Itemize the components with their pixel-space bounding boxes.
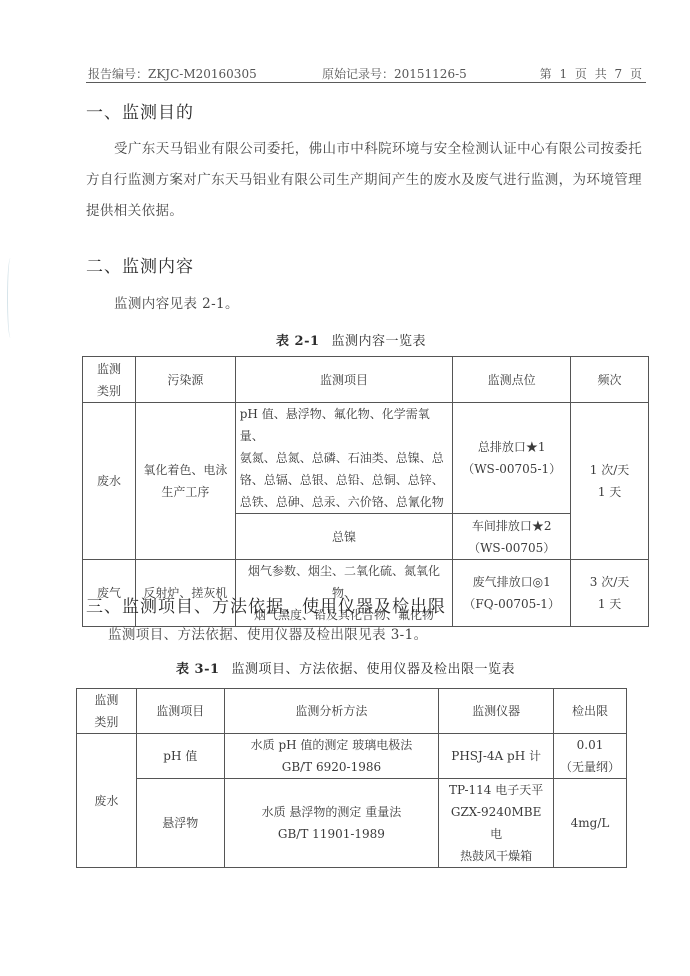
point-cell: 总排放口★1（WS-00705-1）	[453, 403, 571, 514]
point-cell: 废气排放口◎1（FQ-00705-1）	[453, 560, 571, 627]
table-title: 监测内容一览表	[332, 334, 427, 349]
table-title: 监测项目、方法依据、使用仪器及检出限一览表	[232, 662, 516, 677]
section-title-methods: 三、监测项目、方法依据、使用仪器及检出限	[86, 592, 446, 617]
method-cell: 水质 悬浮物的测定 重量法GB/T 11901-1989	[224, 779, 439, 868]
header-category: 监测类别	[83, 357, 136, 403]
point-cell: 车间排放口★2（WS-00705）	[453, 514, 571, 560]
record-number: 原始记录号：20151126-5	[322, 65, 467, 82]
frequency-cell: 1 次/天1 天	[571, 403, 649, 560]
section-title-content: 二、监测内容	[86, 252, 194, 277]
table-row: 废水 氧化着色、电泳生产工序 pH 值、悬浮物、氟化物、化学需氧量、 氨氮、总氮…	[83, 403, 649, 514]
item-cell: pH 值	[136, 734, 224, 779]
items-cell: pH 值、悬浮物、氟化物、化学需氧量、 氨氮、总氮、总磷、石油类、总镍、总 铬、…	[235, 403, 453, 514]
page-header: 报告编号：ZKJC-M20160305 原始记录号：20151126-5 第 1…	[86, 62, 646, 83]
table-header-row: 监测类别 监测项目 监测分析方法 监测仪器 检出限	[77, 689, 627, 734]
header-items: 监测项目	[235, 357, 453, 403]
page-indicator: 第 1 页 共 7 页	[540, 65, 644, 82]
header-item: 监测项目	[136, 689, 224, 734]
purpose-text: 受广东天马铝业有限公司委托，佛山市中科院环境与安全检测认证中心有限公司按委托方自…	[86, 141, 642, 219]
source-cell: 氧化着色、电泳生产工序	[135, 403, 235, 560]
header-limit: 检出限	[554, 689, 627, 734]
instrument-cell: PHSJ-4A pH 计	[439, 734, 554, 779]
report-number: 报告编号：ZKJC-M20160305	[88, 65, 257, 82]
table-row: 悬浮物 水质 悬浮物的测定 重量法GB/T 11901-1989 TP-114 …	[77, 779, 627, 868]
method-cell: 水质 pH 值的测定 玻璃电极法GB/T 6920-1986	[224, 734, 439, 779]
category-cell: 废水	[83, 403, 136, 560]
limit-cell: 0.01（无量纲）	[554, 734, 627, 779]
scan-artifact	[7, 258, 14, 338]
frequency-cell: 3 次/天1 天	[571, 560, 649, 627]
content-paragraph: 监测内容见表 2-1。	[86, 289, 644, 320]
table-header-row: 监测类别 污染源 监测项目 监测点位 频次	[83, 357, 649, 403]
table-2-1-caption: 表 2-1监测内容一览表	[276, 330, 426, 349]
table-row: 废水 pH 值 水质 pH 值的测定 玻璃电极法GB/T 6920-1986 P…	[77, 734, 627, 779]
item-cell: 悬浮物	[136, 779, 224, 868]
category-cell: 废水	[77, 734, 137, 868]
header-point: 监测点位	[453, 357, 571, 403]
methods-paragraph: 监测项目、方法依据、使用仪器及检出限见表 3-1。	[86, 620, 644, 651]
section-title-purpose: 一、监测目的	[86, 98, 194, 123]
monitoring-content-table: 监测类别 污染源 监测项目 监测点位 频次 废水 氧化着色、电泳生产工序 pH …	[82, 356, 649, 627]
methods-table: 监测类别 监测项目 监测分析方法 监测仪器 检出限 废水 pH 值 水质 pH …	[76, 688, 627, 868]
purpose-paragraph: 受广东天马铝业有限公司委托，佛山市中科院环境与安全检测认证中心有限公司按委托方自…	[86, 134, 644, 227]
header-category: 监测类别	[77, 689, 137, 734]
limit-cell: 4mg/L	[554, 779, 627, 868]
header-instrument: 监测仪器	[439, 689, 554, 734]
header-method: 监测分析方法	[224, 689, 439, 734]
content-text: 监测内容见表 2-1。	[114, 296, 239, 312]
instrument-cell: TP-114 电子天平GZX-9240MBE 电热鼓风干燥箱	[439, 779, 554, 868]
header-frequency: 频次	[571, 357, 649, 403]
table-number: 表 2-1	[276, 334, 320, 349]
header-source: 污染源	[135, 357, 235, 403]
table-number: 表 3-1	[176, 662, 220, 677]
table-3-1-caption: 表 3-1监测项目、方法依据、使用仪器及检出限一览表	[176, 658, 515, 677]
methods-text: 监测项目、方法依据、使用仪器及检出限见表 3-1。	[108, 627, 428, 643]
items-cell: 总镍	[235, 514, 453, 560]
